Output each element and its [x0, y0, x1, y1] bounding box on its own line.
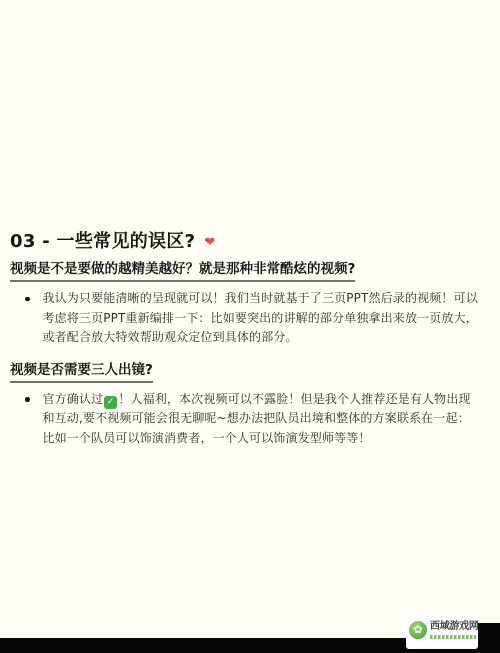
check-icon: ✓ — [104, 396, 117, 409]
site-logo-icon: ✿ — [409, 621, 427, 639]
heart-icon: ❤ — [204, 236, 215, 249]
answer-item-video-quality: 我认为只要能清晰的呈现就可以！我们当时就基于了三页PPT然后录的视频！可以考虑将… — [10, 289, 479, 348]
question-video-quality: 视频是不是要做的越精美越好？就是那种非常酷炫的视频? — [10, 261, 355, 282]
answer-text: 我认为只要能清晰的呈现就可以！我们当时就基于了三页PPT然后录的视频！可以考虑将… — [43, 289, 480, 348]
article-page: 03 - 一些常见的误区? ❤ 视频是不是要做的越精美越好？就是那种非常酷炫的视… — [0, 0, 500, 653]
watermark-text-column: 西域游戏网 — [430, 621, 479, 639]
question-three-people: 视频是否需要三人出镜? — [10, 362, 153, 383]
bullet-icon — [25, 397, 30, 402]
watermark-site-name: 西域游戏网 — [430, 621, 479, 633]
section-heading: 03 - 一些常见的误区? ❤ — [10, 230, 479, 254]
answer-item-three-people: 官方确认过✓！人福利，本次视频可以不露脸！但是我个人推荐还是有人物出现和互动,要… — [10, 390, 479, 449]
answer-text: 官方确认过✓！人福利，本次视频可以不露脸！但是我个人推荐还是有人物出现和互动,要… — [43, 390, 480, 449]
site-watermark: ✿ 西域游戏网 — [406, 611, 478, 649]
section-heading-text: 03 - 一些常见的误区? — [10, 230, 195, 254]
watermark-tagline-microtext — [430, 635, 476, 639]
bullet-icon — [25, 297, 30, 302]
article-content: 03 - 一些常见的误区? ❤ 视频是不是要做的越精美越好？就是那种非常酷炫的视… — [0, 0, 500, 448]
answer-text-before-check: 官方确认过 — [43, 392, 104, 406]
